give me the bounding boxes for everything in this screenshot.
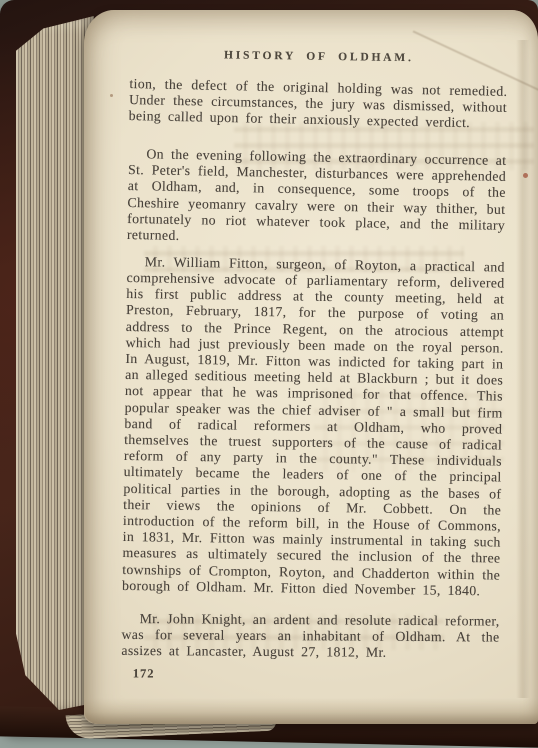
- page-number: 172: [133, 665, 499, 684]
- foxing-dot: [523, 173, 528, 178]
- body-paragraph-2: On the evening following the extraordina…: [127, 146, 507, 250]
- scanned-book-photo: HISTORY OF OLDHAM. tion, the defect of t…: [0, 0, 538, 748]
- body-paragraph-4: Mr. John Knight, an ardent and resolute …: [121, 611, 499, 662]
- book-page: HISTORY OF OLDHAM. tion, the defect of t…: [84, 10, 538, 724]
- text-block: HISTORY OF OLDHAM. tion, the defect of t…: [121, 48, 508, 685]
- page-crease: [516, 40, 530, 698]
- body-paragraph-3: Mr. William Fitton, surgeon, of Royton, …: [122, 254, 505, 600]
- running-header: HISTORY OF OLDHAM.: [130, 48, 508, 67]
- page-edges-stack: [16, 16, 94, 710]
- body-paragraph-1: tion, the defect of the original holding…: [129, 76, 508, 133]
- foxing-dot: [110, 94, 113, 97]
